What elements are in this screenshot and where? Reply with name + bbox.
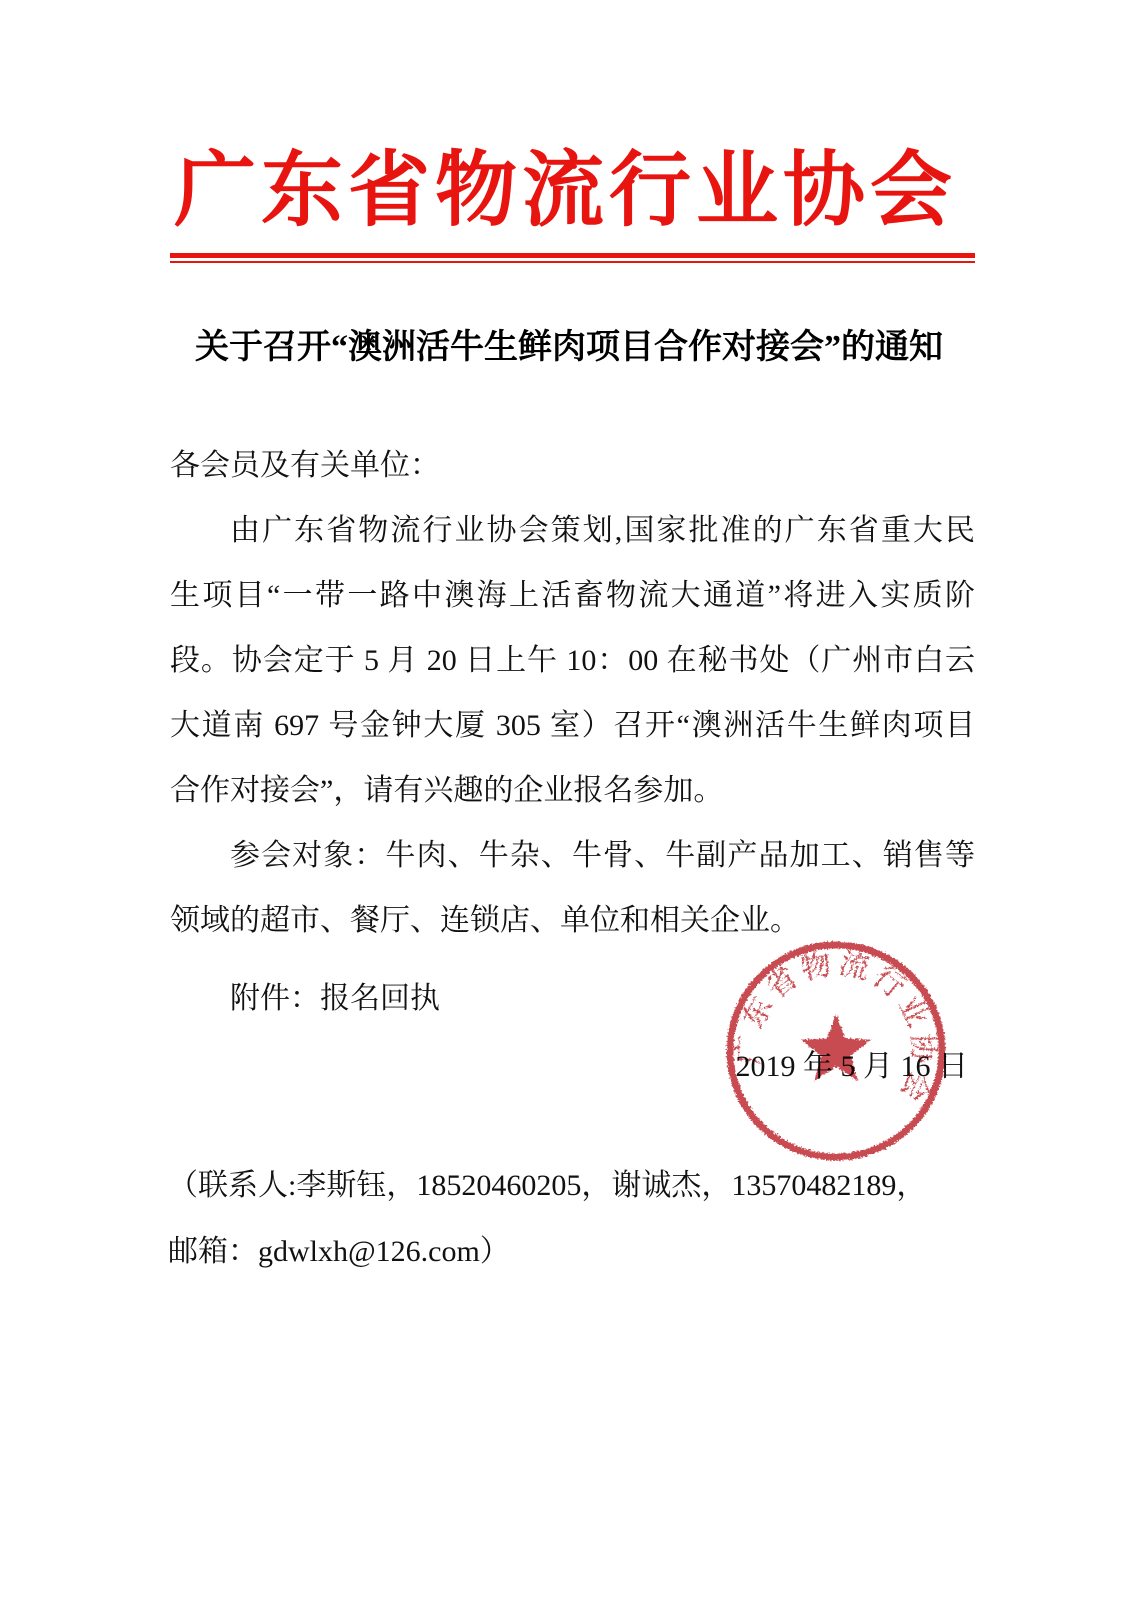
- contact-info: （联系人:李斯钰，18520460205，谢诚杰，13570482189， 邮箱…: [168, 1153, 973, 1285]
- body-line: 由广东省物流行业协会策划,国家批准的广东省重大民: [170, 498, 975, 563]
- contact-line: 邮箱：gdwlxh@126.com）: [168, 1219, 973, 1285]
- document-page: 广东省物流行业协会 关于召开“澳洲活牛生鲜肉项目合作对接会”的通知 各会员及有关…: [0, 0, 1131, 1600]
- body-line: 领域的超市、餐厅、连锁店、单位和相关企业。: [170, 888, 975, 953]
- body-line: 合作对接会”，请有兴趣的企业报名参加。: [170, 758, 975, 823]
- attachment-note: 附件：报名回执: [230, 978, 440, 1020]
- letterhead-divider: [170, 253, 975, 263]
- notice-title: 关于召开“澳洲活牛生鲜肉项目合作对接会”的通知: [163, 327, 975, 370]
- issue-date: 2019 年 5 月 16 日: [170, 1046, 968, 1088]
- body-line: 段。协会定于 5 月 20 日上午 10：00 在秘书处（广州市白云: [170, 628, 975, 693]
- divider-thin-line: [170, 261, 975, 263]
- salutation-line: 各会员及有关单位：: [170, 433, 975, 498]
- notice-body: 各会员及有关单位： 由广东省物流行业协会策划,国家批准的广东省重大民 生项目“一…: [170, 433, 975, 953]
- divider-thick-line: [170, 253, 975, 258]
- letterhead-title: 广东省物流行业协会: [0, 150, 1131, 232]
- contact-line: （联系人:李斯钰，18520460205，谢诚杰，13570482189，: [168, 1153, 973, 1219]
- body-line: 生项目“一带一路中澳海上活畜物流大通道”将进入实质阶: [170, 563, 975, 628]
- body-line: 大道南 697 号金钟大厦 305 室）召开“澳洲活牛生鲜肉项目: [170, 693, 975, 758]
- body-line: 参会对象：牛肉、牛杂、牛骨、牛副产品加工、销售等: [170, 823, 975, 888]
